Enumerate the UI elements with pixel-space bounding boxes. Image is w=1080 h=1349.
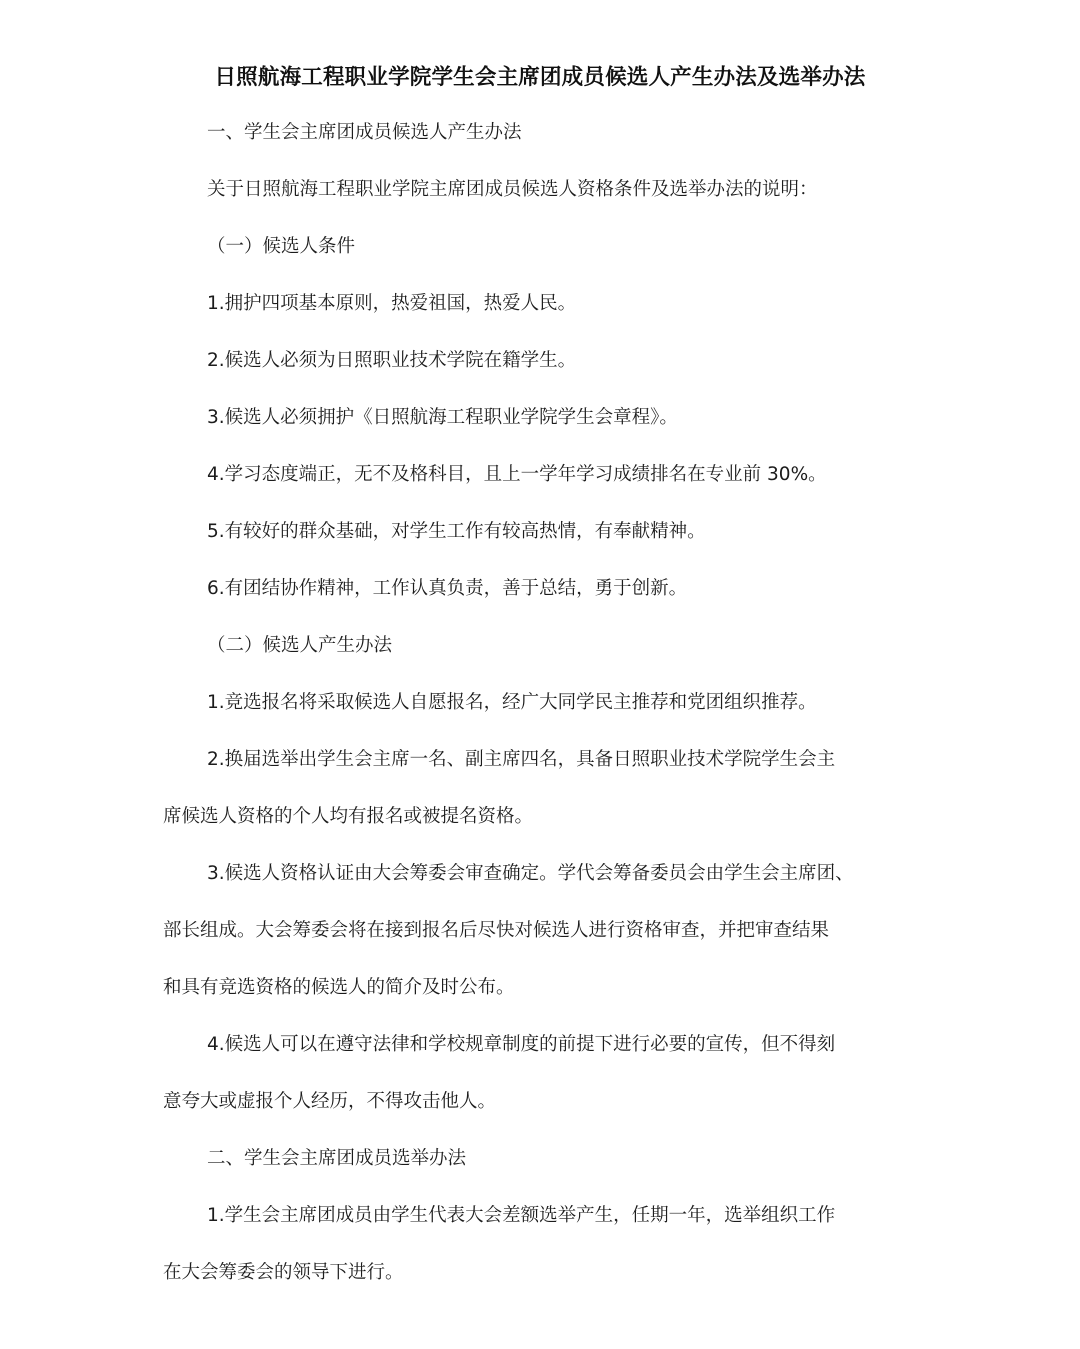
intro-paragraph: 关于日照航海工程职业学院主席团成员候选人资格条件及选举办法的说明： (207, 175, 818, 205)
condition-item-6: 6.有团结协作精神，工作认真负责，善于总结，勇于创新。 (207, 574, 687, 604)
condition-item-1: 1.拥护四项基本原则，热爱祖国，热爱人民。 (207, 289, 576, 319)
method-item-3-line-3: 和具有竞选资格的候选人的简介及时公布。 (163, 973, 515, 1003)
method-item-2-line-2: 席候选人资格的个人均有报名或被提名资格。 (163, 802, 533, 832)
condition-item-2: 2.候选人必须为日照职业技术学院在籍学生。 (207, 346, 576, 376)
document-page: 日照航海工程职业学院学生会主席团成员候选人产生办法及选举办法 一、学生会主席团成… (0, 0, 1080, 1349)
method-item-2-line-1: 2.换届选举出学生会主席一名、副主席四名，具备日照职业技术学院学生会主 (207, 745, 835, 775)
method-item-4-line-2: 意夸大或虚报个人经历，不得攻击他人。 (163, 1087, 496, 1117)
subsection-heading-candidate-conditions: （一）候选人条件 (207, 232, 355, 262)
method-item-3-line-1: 3.候选人资格认证由大会筹委会审查确定。学代会筹备委员会由学生会主席团、 (207, 859, 854, 889)
condition-item-4: 4.学习态度端正，无不及格科目，且上一学年学习成绩排名在专业前 30%。 (207, 460, 827, 490)
subsection-heading-candidate-method: （二）候选人产生办法 (207, 631, 392, 661)
election-item-1-line-1: 1.学生会主席团成员由学生代表大会差额选举产生，任期一年，选举组织工作 (207, 1201, 835, 1231)
election-item-1-line-2: 在大会筹委会的领导下进行。 (163, 1258, 404, 1288)
method-item-3-line-2: 部长组成。大会筹委会将在接到报名后尽快对候选人进行资格审查，并把审查结果 (163, 916, 829, 946)
document-title: 日照航海工程职业学院学生会主席团成员候选人产生办法及选举办法 (0, 60, 1080, 96)
method-item-4-line-1: 4.候选人可以在遵守法律和学校规章制度的前提下进行必要的宣传，但不得刻 (207, 1030, 835, 1060)
section-heading-2: 二、学生会主席团成员选举办法 (207, 1144, 466, 1174)
method-item-1: 1.竞选报名将采取候选人自愿报名，经广大同学民主推荐和党团组织推荐。 (207, 688, 817, 718)
condition-item-3: 3.候选人必须拥护《日照航海工程职业学院学生会章程》。 (207, 403, 678, 433)
condition-item-5: 5.有较好的群众基础，对学生工作有较高热情，有奉献精神。 (207, 517, 706, 547)
section-heading-1: 一、学生会主席团成员候选人产生办法 (207, 118, 522, 148)
